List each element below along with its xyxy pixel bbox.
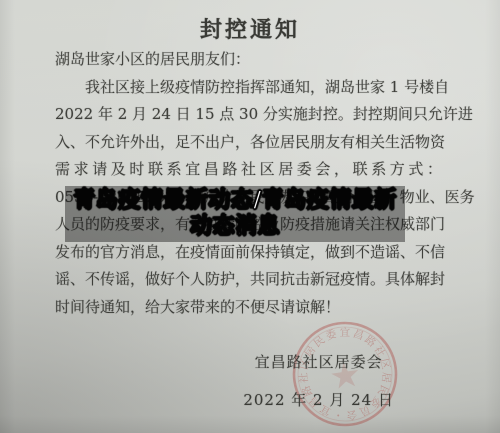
notice-line: 2022 年 2 月 24 日 15 点 30 分实施封控。封控期间只允许进 [55, 101, 442, 129]
notice-line: 谣、不传谣，做好个人防护，共同抗击新冠疫情。具体解封 [55, 266, 442, 294]
signature-block: 宜昌路社区居委会 2022 年 2 月 24 日 [243, 351, 394, 410]
notice-body: 湖岛世家小区的居民朋友们： 我社区接上级疫情防控指挥部通知，湖岛世家 1 号楼自… [55, 46, 442, 321]
notice-title: 封控通知 [0, 13, 500, 44]
notice-line: 我社区接上级疫情防控指挥部通知，湖岛世家 1 号楼自 [55, 74, 442, 102]
screenshot: 封控通知 湖岛世家小区的居民朋友们： 我社区接上级疫情防控指挥部通知，湖岛世家 … [0, 0, 500, 433]
notice-line: 发布的官方消息，在疫情面前保持镇定，做到不造谣、不信 [55, 239, 442, 267]
caption-overlay-bar: 青岛疫情最新动态/青岛疫情最新动态消息 [65, 186, 405, 242]
notice-line: 需求请及时联系宜昌路社区居委会，联系方式： [55, 156, 442, 184]
signature-org: 宜昌路社区居委会 [243, 351, 394, 372]
signature-date: 2022 年 2 月 24 日 [243, 389, 394, 410]
caption-text: 青岛疫情最新动态/青岛疫情最新动态消息 [65, 186, 405, 242]
notice-line: 湖岛世家小区的居民朋友们： [55, 46, 442, 74]
notice-line: 入、不允许外出，足不出户，各位居民朋友有相关生活物资 [55, 129, 442, 157]
